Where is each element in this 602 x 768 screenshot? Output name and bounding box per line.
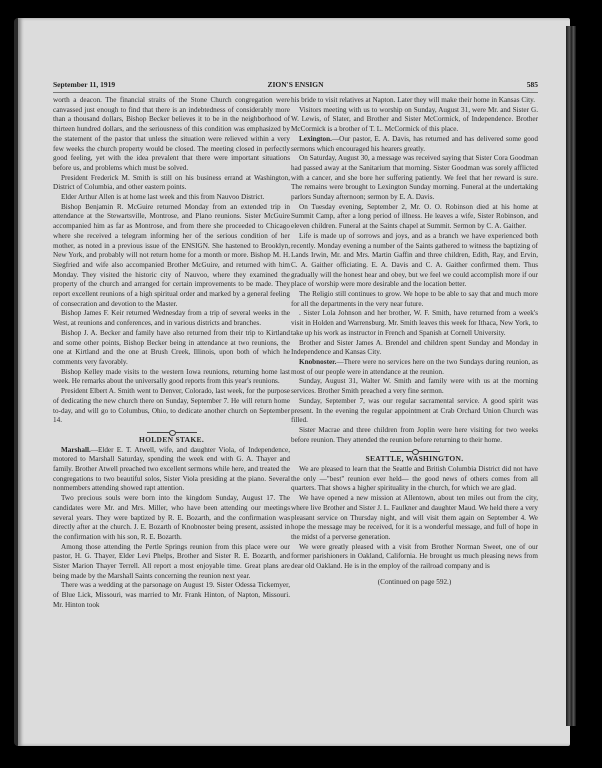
paragraph-text: We are pleased to learn that the Seattle… bbox=[291, 465, 538, 492]
paragraph-text: President Frederick M. Smith is still on… bbox=[53, 174, 290, 192]
page-number: 585 bbox=[527, 80, 538, 89]
article-paragraph: President Elbert A. Smith went to Denver… bbox=[53, 387, 290, 426]
paragraph-text: Bishop Kelley made visits to the western… bbox=[53, 368, 290, 386]
article-paragraph: . Sister Lola Johnson and her brother, W… bbox=[291, 309, 538, 338]
article-paragraph: President Frederick M. Smith is still on… bbox=[53, 174, 290, 193]
paragraph-text: There was a wedding at the parsonage on … bbox=[53, 581, 290, 608]
right-column: his bride to visit relatives at Napton. … bbox=[291, 96, 538, 587]
paragraph-text: Sunday, September 7, was our regular sac… bbox=[291, 397, 538, 424]
place-name-lead: Lexington. bbox=[299, 135, 332, 143]
paragraph-text: worth a deacon. The financial straits of… bbox=[53, 96, 290, 172]
right-paragraphs: his bride to visit relatives at Napton. … bbox=[291, 96, 538, 445]
article-paragraph: The Religio still continues to grow. We … bbox=[291, 290, 538, 309]
paragraph-text: We have opened a new mission at Allentow… bbox=[291, 494, 538, 541]
page-stack-edge bbox=[566, 26, 576, 726]
paragraph-text: President Elbert A. Smith went to Denver… bbox=[53, 387, 290, 424]
paragraph-text: Visitors meeting with us to worship on S… bbox=[291, 106, 538, 133]
paragraph-text: Sister Macrae and three children from Jo… bbox=[291, 426, 538, 444]
section-divider bbox=[147, 432, 197, 433]
article-paragraph: Sister Macrae and three children from Jo… bbox=[291, 426, 538, 445]
article-paragraph: Sunday, September 7, was our regular sac… bbox=[291, 397, 538, 426]
article-paragraph: Bishop James F. Keir returned Wednesday … bbox=[53, 309, 290, 328]
paragraph-text: his bride to visit relatives at Napton. … bbox=[291, 96, 535, 104]
paragraph-text: Life is made up of sorrows and joys, and… bbox=[291, 232, 538, 289]
section-divider bbox=[390, 451, 440, 452]
paragraph-text: Bishop James F. Keir returned Wednesday … bbox=[53, 309, 290, 327]
paragraph-text: On Saturday, August 30, a message was re… bbox=[291, 154, 538, 201]
paragraph-text: Brother and Sister James A. Brendel and … bbox=[291, 339, 538, 357]
article-paragraph: On Tuesday evening, September 2, Mr. O. … bbox=[291, 203, 538, 232]
article-paragraph: Sunday, August 31, Walter W. Smith and f… bbox=[291, 377, 538, 396]
article-paragraph: Elder Arthur Allen is at home last week … bbox=[53, 193, 290, 203]
article-paragraph: Bishop Benjamin R. McGuire returned Mond… bbox=[53, 203, 290, 310]
paragraph-text: The Religio still continues to grow. We … bbox=[291, 290, 538, 308]
place-name-lead: Marshall. bbox=[61, 446, 91, 454]
paragraph-text: Bishop J. A. Becker and family have also… bbox=[53, 329, 290, 366]
article-paragraph: On Saturday, August 30, a message was re… bbox=[291, 154, 538, 203]
paragraph-text: Two precious souls were born into the ki… bbox=[53, 494, 290, 541]
holden-stake-paragraphs: Marshall.—Elder E. T. Atwell, wife, and … bbox=[53, 446, 290, 611]
left-paragraphs: worth a deacon. The financial straits of… bbox=[53, 96, 290, 426]
article-paragraph: Two precious souls were born into the ki… bbox=[53, 494, 290, 543]
article-paragraph: We are pleased to learn that the Seattle… bbox=[291, 465, 538, 494]
article-paragraph: Bishop J. A. Becker and family have also… bbox=[53, 329, 290, 368]
article-paragraph: We were greatly pleased with a visit fro… bbox=[291, 543, 538, 572]
paragraph-text: . Sister Lola Johnson and her brother, W… bbox=[291, 309, 538, 336]
publication-title: ZION'S ENSIGN bbox=[53, 80, 538, 89]
article-paragraph: We have opened a new mission at Allentow… bbox=[291, 494, 538, 543]
section-heading-seattle: SEATTLE, WASHINGTON. bbox=[291, 454, 538, 464]
article-paragraph: his bride to visit relatives at Napton. … bbox=[291, 96, 538, 106]
section-heading-holden-stake: HOLDEN STAKE. bbox=[53, 435, 290, 445]
article-paragraph: Life is made up of sorrows and joys, and… bbox=[291, 232, 538, 290]
article-paragraph: There was a wedding at the parsonage on … bbox=[53, 581, 290, 610]
article-paragraph: Marshall.—Elder E. T. Atwell, wife, and … bbox=[53, 446, 290, 495]
paragraph-text: Elder Arthur Allen is at home last week … bbox=[61, 193, 264, 201]
article-paragraph: Lexington.—Our pastor, E. A. Davis, has … bbox=[291, 135, 538, 154]
article-paragraph: Bishop Kelley made visits to the western… bbox=[53, 368, 290, 387]
article-paragraph: worth a deacon. The financial straits of… bbox=[53, 96, 290, 174]
place-name-lead: Knobnoster. bbox=[299, 358, 336, 366]
paragraph-text: Bishop Benjamin R. McGuire returned Mond… bbox=[53, 203, 290, 308]
article-paragraph: Among those attending the Pertle Springs… bbox=[53, 543, 290, 582]
article-paragraph: Brother and Sister James A. Brendel and … bbox=[291, 339, 538, 358]
paragraph-text: On Tuesday evening, September 2, Mr. O. … bbox=[291, 203, 538, 230]
paragraph-text: Sunday, August 31, Walter W. Smith and f… bbox=[291, 377, 538, 395]
article-paragraph: Knobnoster.—There were no services here … bbox=[291, 358, 538, 377]
seattle-paragraphs: We are pleased to learn that the Seattle… bbox=[291, 465, 538, 572]
paragraph-text: Among those attending the Pertle Springs… bbox=[53, 543, 290, 580]
running-head: September 11, 1919 ZION'S ENSIGN 585 bbox=[53, 80, 538, 92]
header-rule bbox=[53, 92, 538, 93]
continued-note: (Continued on page 592.) bbox=[291, 578, 538, 588]
article-paragraph: Visitors meeting with us to worship on S… bbox=[291, 106, 538, 135]
left-column: worth a deacon. The financial straits of… bbox=[53, 96, 290, 611]
paragraph-text: We were greatly pleased with a visit fro… bbox=[291, 543, 538, 570]
